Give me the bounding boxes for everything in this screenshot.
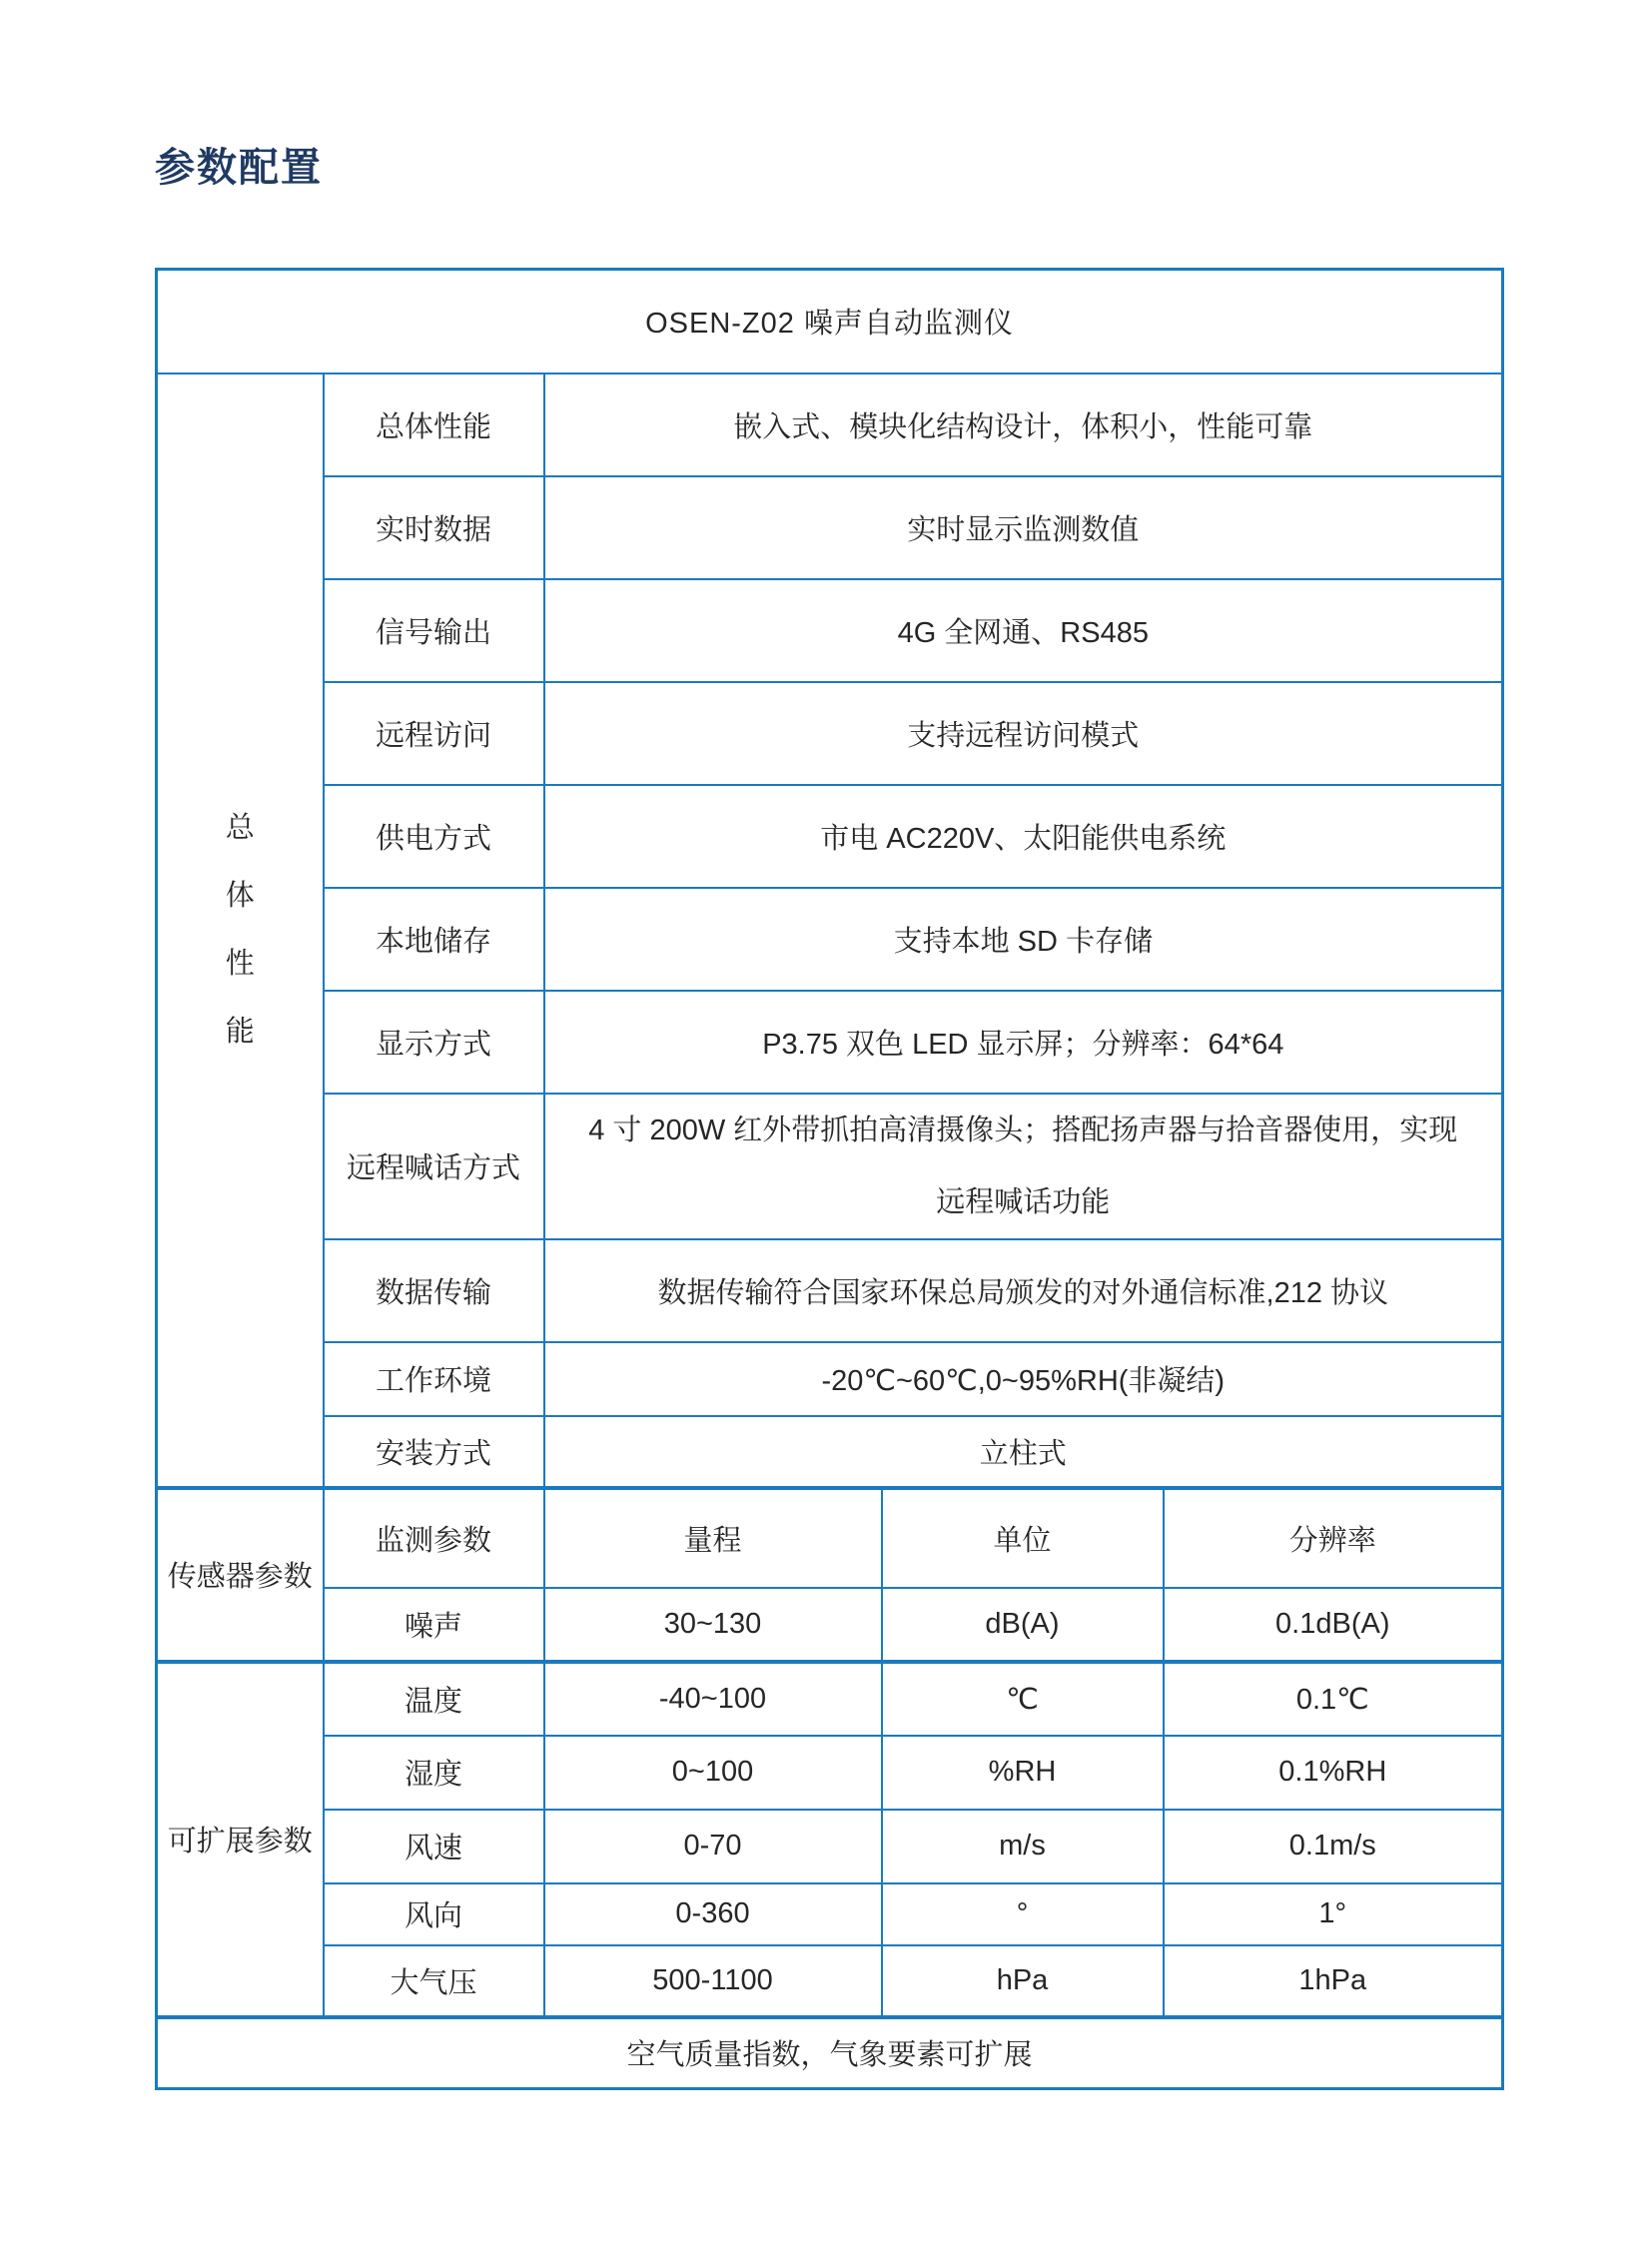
expandable-resolution: 1° <box>1164 1883 1503 1945</box>
sensor-range: 30~130 <box>544 1588 882 1662</box>
sensor-header-resolution: 分辨率 <box>1164 1488 1503 1588</box>
expandable-range: 500-1100 <box>544 1945 882 2017</box>
general-row-label: 数据传输 <box>324 1239 544 1342</box>
document-page: 参数配置 OSEN-Z02 噪声自动监测仪 总 体 性 能 总体性能 嵌入式、模… <box>0 0 1652 2241</box>
sensor-header-param: 监测参数 <box>324 1488 544 1588</box>
expandable-unit: ℃ <box>882 1662 1164 1736</box>
general-row-label: 工作环境 <box>324 1342 544 1416</box>
expandable-param: 湿度 <box>324 1736 544 1810</box>
expandable-unit: hPa <box>882 1945 1164 2017</box>
general-row-label: 总体性能 <box>324 373 544 476</box>
page-title: 参数配置 <box>155 136 323 193</box>
general-row-label: 显示方式 <box>324 991 544 1094</box>
general-row-label: 实时数据 <box>324 476 544 579</box>
general-row-label: 供电方式 <box>324 785 544 888</box>
general-row: 远程喊话方式 4 寸 200W 红外带抓拍高清摄像头；搭配扬声器与拾音器使用，实… <box>157 1094 1503 1239</box>
sensor-header-row: 传感器参数 监测参数 量程 单位 分辨率 <box>157 1488 1503 1588</box>
value-line-1: 4 寸 200W 红外带抓拍高清摄像头；搭配扬声器与拾音器使用，实现 <box>553 1095 1494 1166</box>
sensor-row: 噪声 30~130 dB(A) 0.1dB(A) <box>157 1588 1503 1662</box>
expandable-row: 湿度 0~100 %RH 0.1%RH <box>157 1736 1503 1810</box>
expandable-param: 温度 <box>324 1662 544 1736</box>
expandable-row: 风速 0-70 m/s 0.1m/s <box>157 1810 1503 1883</box>
expandable-param: 大气压 <box>324 1945 544 2017</box>
expandable-resolution: 0.1m/s <box>1164 1810 1503 1883</box>
general-row: 供电方式 市电 AC220V、太阳能供电系统 <box>157 785 1503 888</box>
general-row-value: 4G 全网通、RS485 <box>544 579 1503 682</box>
general-row-value: 4 寸 200W 红外带抓拍高清摄像头；搭配扬声器与拾音器使用，实现 远程喊话功… <box>544 1094 1503 1239</box>
expandable-param: 风速 <box>324 1810 544 1883</box>
general-row: 安装方式 立柱式 <box>157 1416 1503 1488</box>
general-row: 本地储存 支持本地 SD 卡存储 <box>157 888 1503 991</box>
general-row-value: 支持本地 SD 卡存储 <box>544 888 1503 991</box>
table-title-row: OSEN-Z02 噪声自动监测仪 <box>157 270 1503 373</box>
expandable-resolution: 1hPa <box>1164 1945 1503 2017</box>
footer-note: 空气质量指数，气象要素可扩展 <box>157 2017 1503 2089</box>
general-row: 工作环境 -20℃~60℃,0~95%RH(非凝结) <box>157 1342 1503 1416</box>
general-row-value: P3.75 双色 LED 显示屏；分辨率：64*64 <box>544 991 1503 1094</box>
general-row-value: 数据传输符合国家环保总局颁发的对外通信标准,212 协议 <box>544 1239 1503 1342</box>
sensor-header-range: 量程 <box>544 1488 882 1588</box>
expandable-row: 可扩展参数 温度 -40~100 ℃ 0.1℃ <box>157 1662 1503 1736</box>
general-row: 总 体 性 能 总体性能 嵌入式、模块化结构设计，体积小，性能可靠 <box>157 373 1503 476</box>
general-row-value: 支持远程访问模式 <box>544 682 1503 785</box>
expandable-range: 0~100 <box>544 1736 882 1810</box>
general-row-value: 市电 AC220V、太阳能供电系统 <box>544 785 1503 888</box>
sensor-unit: dB(A) <box>882 1588 1164 1662</box>
table-title: OSEN-Z02 噪声自动监测仪 <box>157 270 1503 373</box>
general-row: 实时数据 实时显示监测数值 <box>157 476 1503 579</box>
expandable-resolution: 0.1℃ <box>1164 1662 1503 1736</box>
expandable-range: 0-70 <box>544 1810 882 1883</box>
general-row-label: 本地储存 <box>324 888 544 991</box>
spec-table: OSEN-Z02 噪声自动监测仪 总 体 性 能 总体性能 嵌入式、模块化结构设… <box>155 268 1504 2090</box>
expandable-unit: %RH <box>882 1736 1164 1810</box>
group-label-sensor: 传感器参数 <box>157 1488 324 1662</box>
group-label-general: 总 体 性 能 <box>157 373 324 1488</box>
general-row-value: 立柱式 <box>544 1416 1503 1488</box>
general-row-value: 嵌入式、模块化结构设计，体积小，性能可靠 <box>544 373 1503 476</box>
expandable-unit: m/s <box>882 1810 1164 1883</box>
general-row-label: 安装方式 <box>324 1416 544 1488</box>
general-row: 远程访问 支持远程访问模式 <box>157 682 1503 785</box>
expandable-row: 风向 0-360 ° 1° <box>157 1883 1503 1945</box>
expandable-range: -40~100 <box>544 1662 882 1736</box>
footer-note-row: 空气质量指数，气象要素可扩展 <box>157 2017 1503 2089</box>
general-row-label: 远程访问 <box>324 682 544 785</box>
general-row: 信号输出 4G 全网通、RS485 <box>157 579 1503 682</box>
general-row: 数据传输 数据传输符合国家环保总局颁发的对外通信标准,212 协议 <box>157 1239 1503 1342</box>
general-row-value: -20℃~60℃,0~95%RH(非凝结) <box>544 1342 1503 1416</box>
general-row-value: 实时显示监测数值 <box>544 476 1503 579</box>
expandable-param: 风向 <box>324 1883 544 1945</box>
general-row-label: 远程喊话方式 <box>324 1094 544 1239</box>
expandable-row: 大气压 500-1100 hPa 1hPa <box>157 1945 1503 2017</box>
group-label-expandable: 可扩展参数 <box>157 1662 324 2017</box>
sensor-param: 噪声 <box>324 1588 544 1662</box>
general-row-label: 信号输出 <box>324 579 544 682</box>
expandable-range: 0-360 <box>544 1883 882 1945</box>
expandable-resolution: 0.1%RH <box>1164 1736 1503 1810</box>
sensor-header-unit: 单位 <box>882 1488 1164 1588</box>
value-line-2: 远程喊话功能 <box>553 1166 1494 1238</box>
expandable-unit: ° <box>882 1883 1164 1945</box>
general-row: 显示方式 P3.75 双色 LED 显示屏；分辨率：64*64 <box>157 991 1503 1094</box>
sensor-resolution: 0.1dB(A) <box>1164 1588 1503 1662</box>
